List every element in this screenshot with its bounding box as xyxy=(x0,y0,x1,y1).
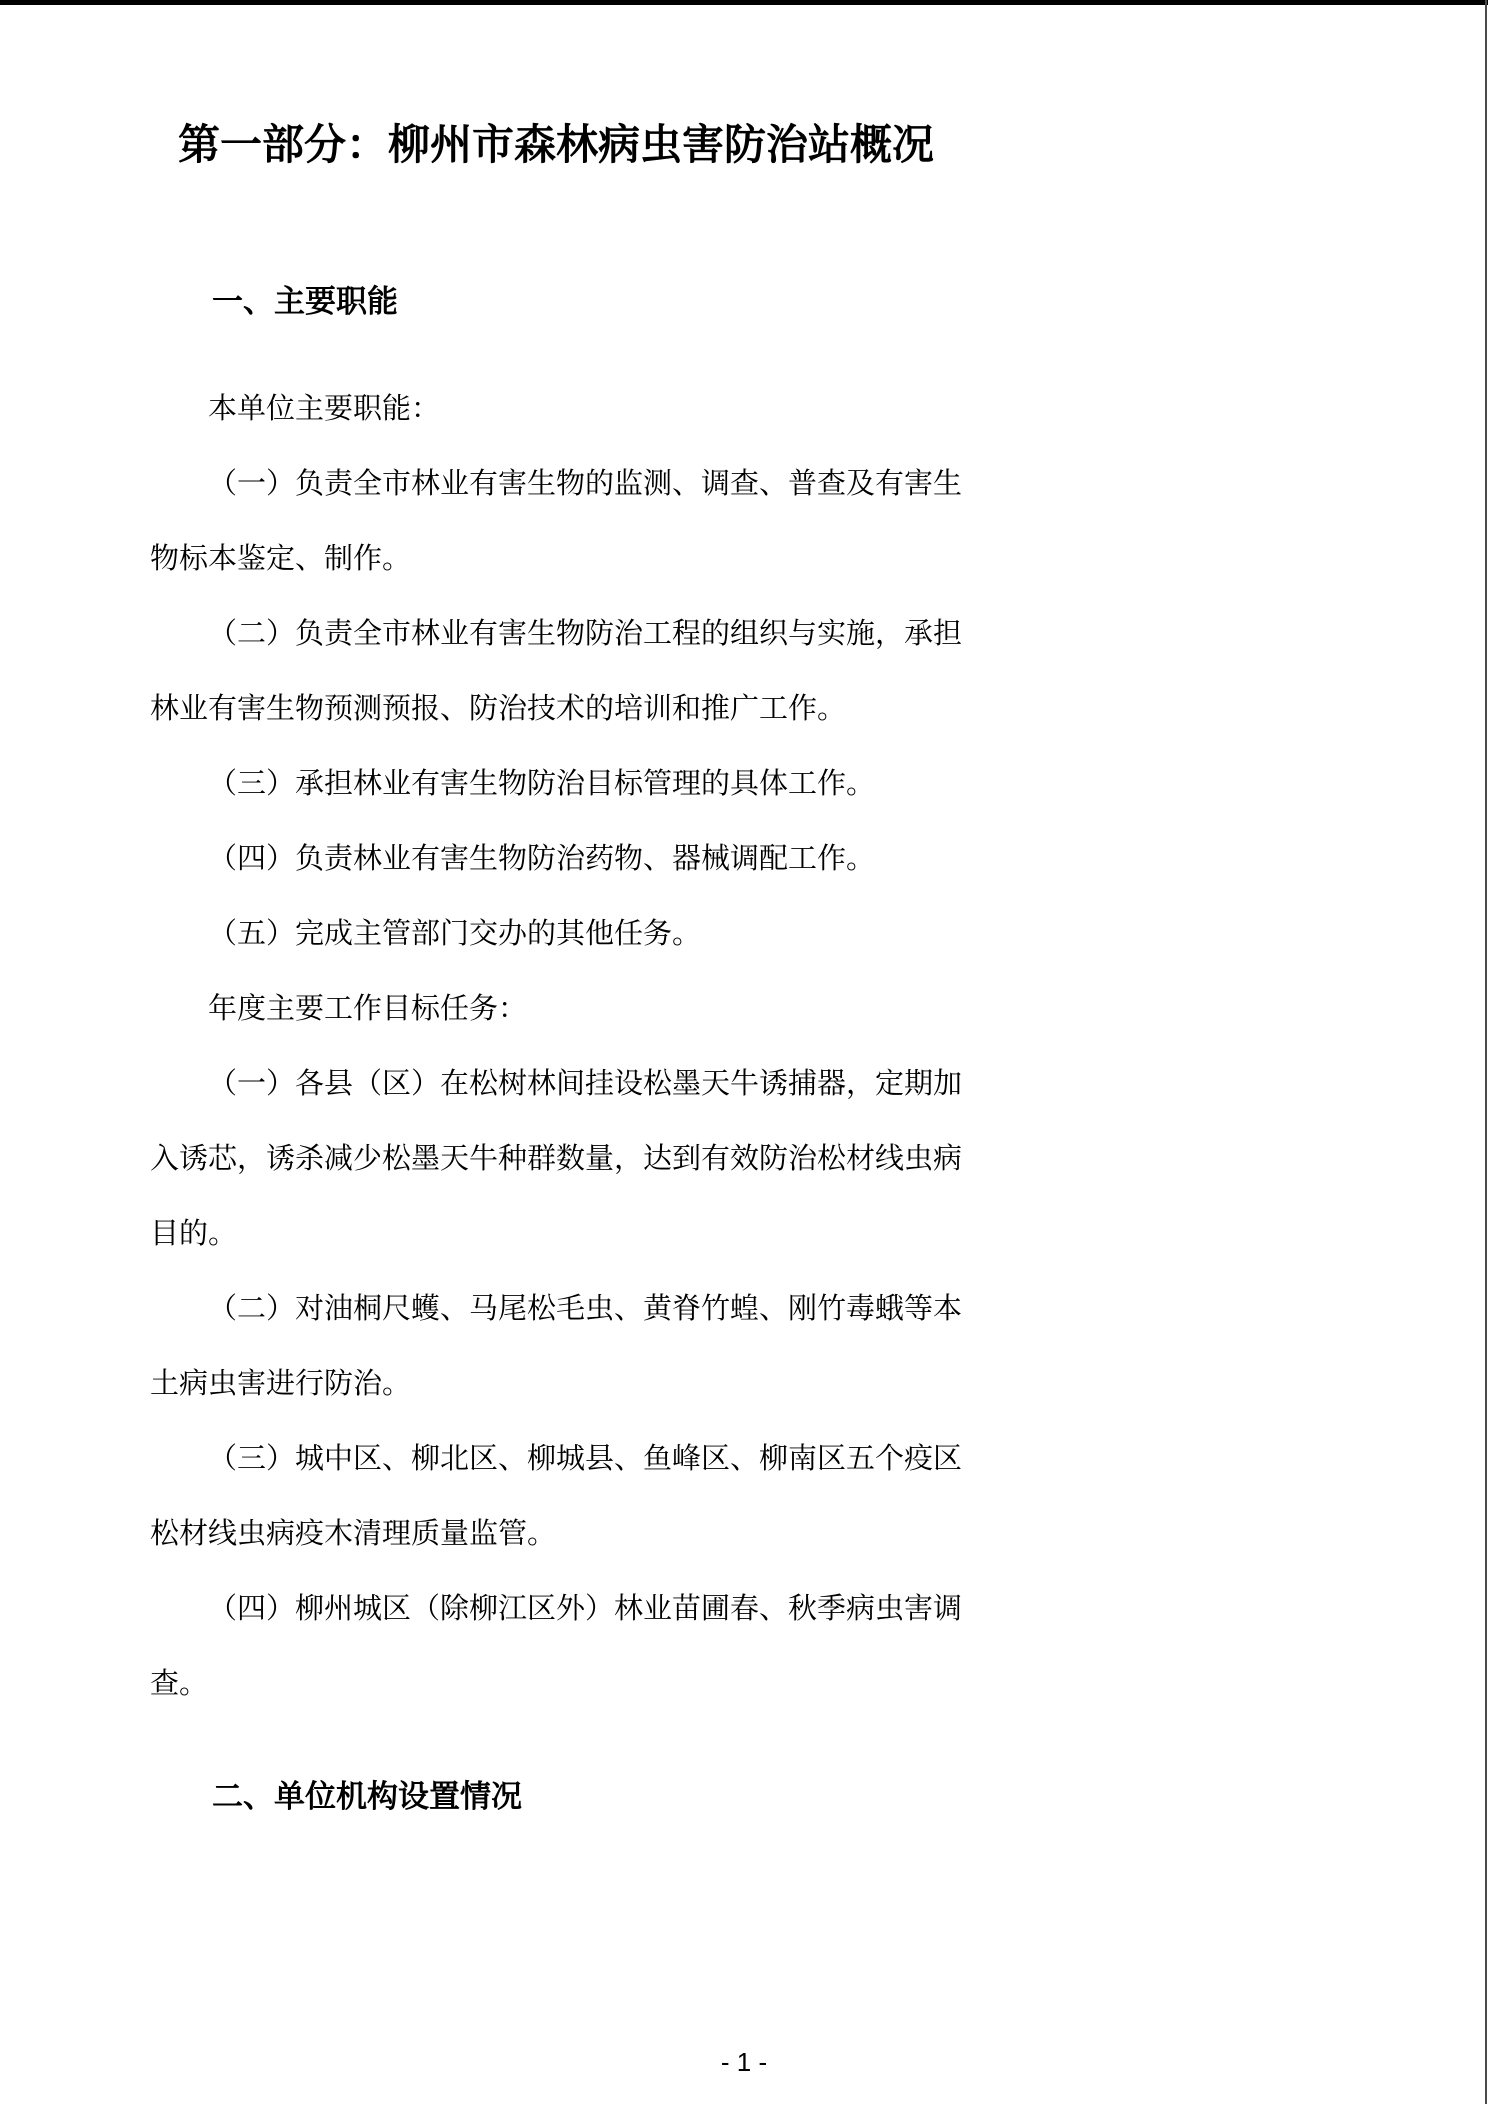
paragraph: （五）完成主管部门交办的其他任务。 xyxy=(150,897,962,972)
paragraph: （一）负责全市林业有害生物的监测、调查、普查及有害生物标本鉴定、制作。 xyxy=(150,447,962,597)
document-page: 第一部分：柳州市森林病虫害防治站概况 一、主要职能 本单位主要职能： （一）负责… xyxy=(0,0,1488,2104)
paragraph: （三）承担林业有害生物防治目标管理的具体工作。 xyxy=(150,747,962,822)
section-heading-organization: 二、单位机构设置情况 xyxy=(150,1777,962,1817)
paragraph: （一）各县（区）在松树林间挂设松墨天牛诱捕器，定期加入诱芯，诱杀减少松墨天牛种群… xyxy=(150,1047,962,1272)
paragraph: 本单位主要职能： xyxy=(150,372,962,447)
paragraph: 年度主要工作目标任务： xyxy=(150,972,962,1047)
document-content: 第一部分：柳州市森林病虫害防治站概况 一、主要职能 本单位主要职能： （一）负责… xyxy=(150,0,962,1817)
paragraph: （二）负责全市林业有害生物防治工程的组织与实施，承担林业有害生物预测预报、防治技… xyxy=(150,597,962,747)
paragraph: （二）对油桐尺蠖、马尾松毛虫、黄脊竹蝗、刚竹毒蛾等本土病虫害进行防治。 xyxy=(150,1272,962,1422)
section-body: 本单位主要职能： （一）负责全市林业有害生物的监测、调查、普查及有害生物标本鉴定… xyxy=(150,372,962,1722)
paragraph: （四）柳州城区（除柳江区外）林业苗圃春、秋季病虫害调查。 xyxy=(150,1572,962,1722)
page-title: 第一部分：柳州市森林病虫害防治站概况 xyxy=(150,0,962,174)
page-right-border xyxy=(1485,0,1487,2104)
page-number: - 1 - xyxy=(0,2047,1488,2077)
section-heading-main-functions: 一、主要职能 xyxy=(150,282,962,322)
paragraph: （三）城中区、柳北区、柳城县、鱼峰区、柳南区五个疫区松材线虫病疫木清理质量监管。 xyxy=(150,1422,962,1572)
paragraph: （四）负责林业有害生物防治药物、器械调配工作。 xyxy=(150,822,962,897)
